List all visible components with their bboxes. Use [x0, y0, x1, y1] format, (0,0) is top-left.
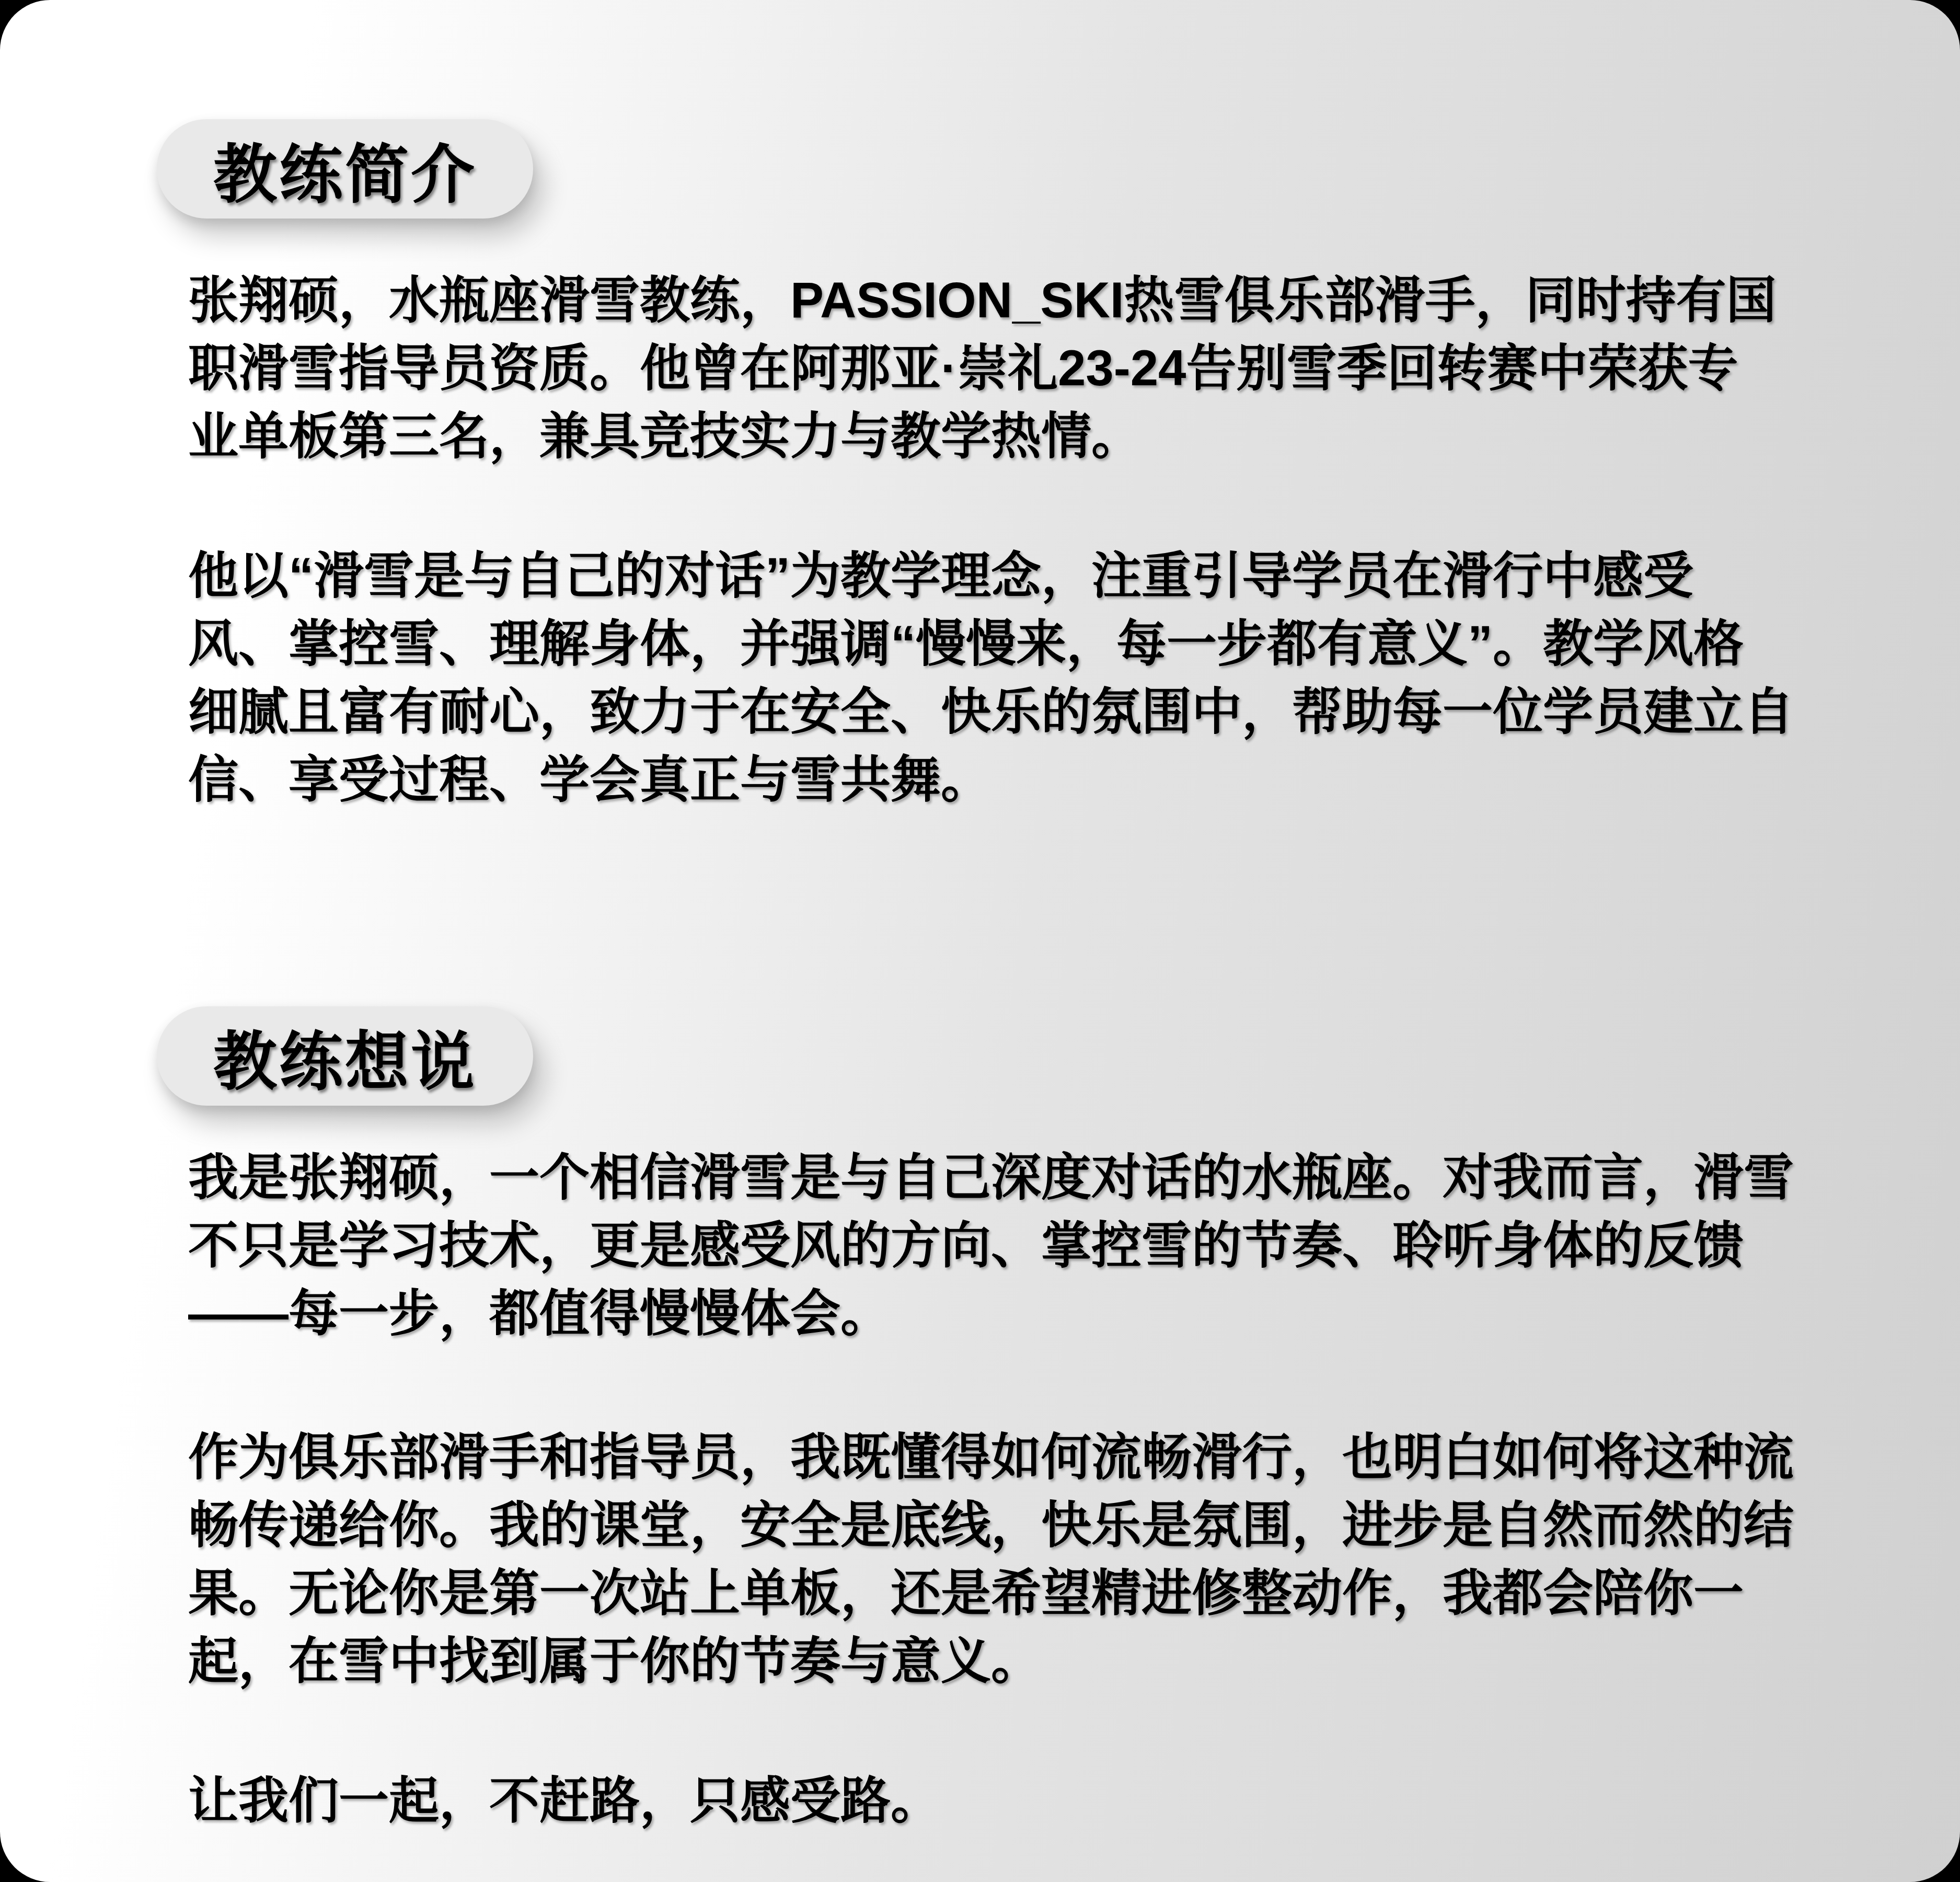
page-background: 教练简介 张翔硕，水瓶座滑雪教练，PASSION_SKI热雪俱乐部滑手，同时持有…: [0, 0, 1960, 1882]
coach-message-paragraph-2: 作为俱乐部滑手和指导员，我既懂得如何流畅滑行，也明白如何将这种流 畅传递给你。我…: [157, 1424, 1803, 1695]
card-content: 教练简介 张翔硕，水瓶座滑雪教练，PASSION_SKI热雪俱乐部滑手，同时持有…: [0, 0, 1960, 1835]
coach-intro-paragraph-2: 他以“滑雪是与自己的对话”为教学理念，注重引导学员在滑行中感受 风、掌控雪、理解…: [157, 542, 1803, 814]
coach-profile-card: 教练简介 张翔硕，水瓶座滑雪教练，PASSION_SKI热雪俱乐部滑手，同时持有…: [0, 0, 1960, 1882]
coach-message-paragraph-3: 让我们一起，不赶路，只感受路。: [157, 1767, 1803, 1835]
section-coach-intro: 教练简介 张翔硕，水瓶座滑雪教练，PASSION_SKI热雪俱乐部滑手，同时持有…: [157, 119, 1803, 814]
coach-message-badge-label: 教练想说: [213, 1011, 477, 1102]
coach-message-badge: 教练想说: [157, 1006, 533, 1106]
coach-intro-badge-label: 教练简介: [213, 123, 477, 215]
coach-intro-paragraph-1: 张翔硕，水瓶座滑雪教练，PASSION_SKI热雪俱乐部滑手，同时持有国 职滑雪…: [157, 267, 1803, 470]
coach-intro-badge: 教练简介: [157, 119, 533, 219]
section-coach-message: 教练想说 我是张翔硕，一个相信滑雪是与自己深度对话的水瓶座。对我而言，滑雪 不只…: [157, 1006, 1803, 1835]
coach-message-paragraph-1: 我是张翔硕，一个相信滑雪是与自己深度对话的水瓶座。对我而言，滑雪 不只是学习技术…: [157, 1144, 1803, 1348]
